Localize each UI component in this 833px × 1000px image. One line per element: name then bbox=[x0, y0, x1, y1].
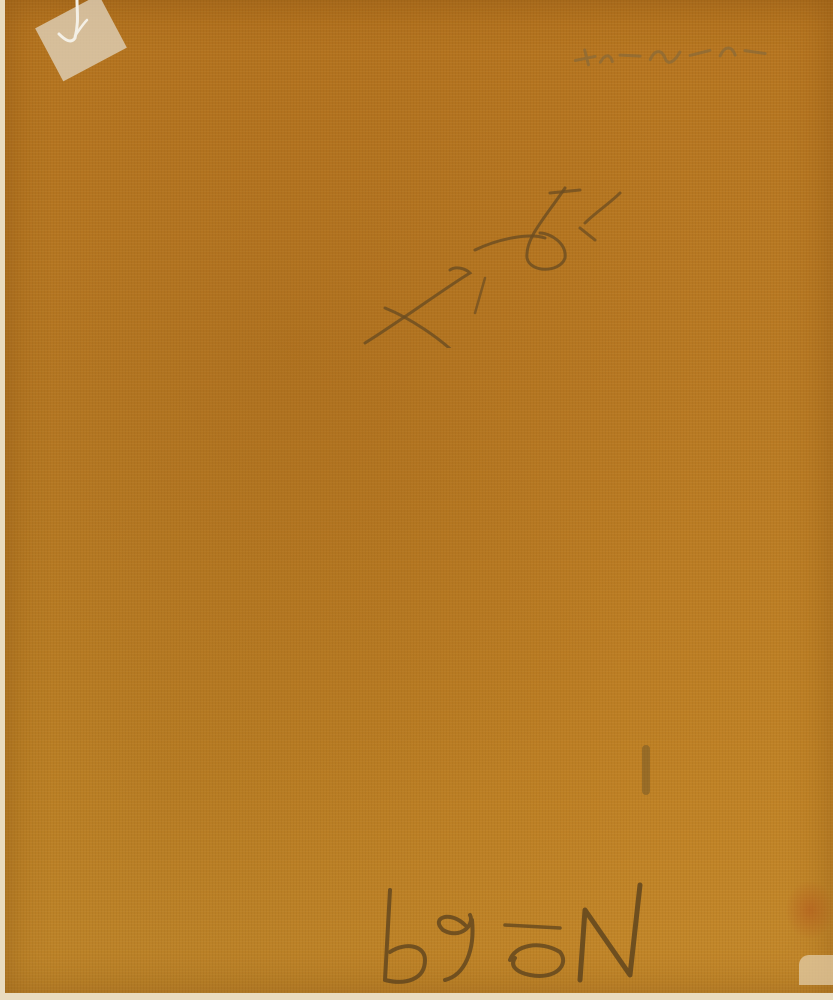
pencil-tick-mark bbox=[642, 745, 650, 795]
board-panel: illegible faint inscription X / 8 No 69 bbox=[5, 0, 833, 993]
corner-tape bbox=[799, 955, 833, 985]
faint-inscription: illegible faint inscription bbox=[569, 24, 791, 82]
pencil-mark-x-8: X / 8 bbox=[355, 178, 635, 348]
red-stain bbox=[785, 880, 833, 940]
pencil-mark-no-69: No 69 bbox=[365, 880, 655, 990]
hanging-string-icon bbox=[53, 0, 93, 48]
